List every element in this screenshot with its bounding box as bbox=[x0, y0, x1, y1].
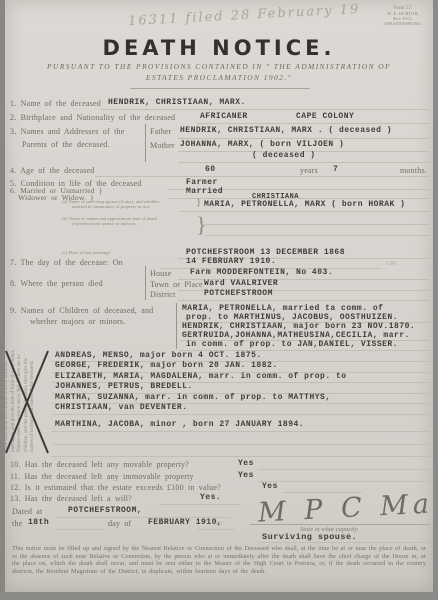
item8-town-value: Ward VAALRIVER bbox=[204, 279, 278, 288]
item4-age-months: 7 bbox=[333, 165, 338, 174]
footer-instructions: This notice must be filled up and signed… bbox=[12, 545, 426, 575]
item13-value: Yes. bbox=[200, 493, 221, 502]
item8-house-label: House bbox=[150, 269, 171, 278]
item1-value: HENDRIK, CHRISTIAAN, MARX. bbox=[108, 98, 246, 107]
item4-months-label: months. bbox=[400, 166, 427, 175]
child-line: MARIA, PETRONELLA, married ta comm. of bbox=[182, 304, 383, 313]
item9-label-line1: 9. Names of Children of deceased, and bbox=[10, 306, 153, 315]
subtitle-line-2: ESTATES PROCLAMATION 1902." bbox=[0, 73, 438, 82]
capacity-value: Surviving spouse. bbox=[262, 532, 357, 542]
item6a-value: MARIA, PETRONELLA, MARX ( born HORAK ) bbox=[204, 200, 405, 209]
item3-mother-value: JOHANNA, MARX, ( born VILJOEN ) bbox=[180, 140, 344, 149]
item6a-label-line2: married in community of property or not. bbox=[72, 204, 150, 209]
item7-label: 7. The day of the decease: On bbox=[10, 258, 123, 267]
the-label: the bbox=[12, 519, 22, 528]
item10-value: Yes bbox=[238, 459, 254, 468]
item12-value: Yes bbox=[262, 482, 278, 491]
printer-imprint: Form 37. W. E. HORTOR, Box 1013, JOHANNE… bbox=[376, 6, 430, 26]
item6c-label: (c) Place of last marriage bbox=[62, 250, 110, 255]
item3-mother-label: Mother bbox=[150, 141, 175, 150]
year-prefix: 190 bbox=[212, 520, 222, 527]
scan-edge-bottom bbox=[0, 592, 438, 600]
item3-mother-value2: ( deceased ) bbox=[252, 151, 316, 160]
item3-father-value: HENDRIK, CHRISTIAAN, MARX . ( deceased ) bbox=[180, 126, 392, 135]
child-line: JOHANNES, PETRUS, BREDELL. bbox=[55, 382, 193, 391]
item11-label: 11. Has the deceased left any immovable … bbox=[10, 472, 194, 481]
item4-age-years: 60 bbox=[205, 165, 216, 174]
item8-town-label: Town or Place bbox=[150, 280, 203, 289]
child-line: HENDRIK, CHRISTIAAN, major born 23 NOV.1… bbox=[182, 322, 415, 331]
child-line: CHRISTIAAN, van DEVENTER. bbox=[55, 403, 188, 412]
item2-value-birthplace: CAPE COLONY bbox=[296, 112, 354, 121]
item10-label: 10. Has the deceased left any movable pr… bbox=[10, 460, 189, 469]
child-line: prop. to MARTHINUS, JACOBUS, OOSTHUIZEN. bbox=[186, 313, 398, 322]
item3-label-line2: Parents of the deceased. bbox=[22, 140, 110, 149]
item9-label-line2: whether majors or minors. bbox=[30, 317, 125, 326]
subtitle-line-1: PURSUANT TO THE PROVISIONS CONTAINED IN … bbox=[0, 62, 438, 71]
item8-district-value: POTCHEFSTROOM bbox=[204, 289, 273, 298]
child-line: ELIZABETH, MARIA, MAGDALENA, marr. in co… bbox=[55, 372, 347, 381]
item12-label: 12. Is it estimated that the estate exce… bbox=[10, 483, 221, 492]
child-line: in comm. of prop. to JAN,DANIEL, VISSER. bbox=[186, 340, 398, 349]
scan-edge-right bbox=[433, 0, 438, 600]
child-line: GEORGE, FREDERIK, major born 20 JAN. 188… bbox=[55, 361, 278, 370]
item11-value: Yes bbox=[238, 471, 254, 480]
dated-at-value: POTCHEFSTROOM, bbox=[68, 506, 142, 515]
item4-years-label: years bbox=[300, 166, 318, 175]
item3-father-label: Father bbox=[150, 127, 172, 136]
child-line-last: MARTHINA, JACOBA, minor , born 27 JANUAR… bbox=[55, 420, 304, 429]
item7-year-prefix: 190 bbox=[386, 260, 396, 267]
item6c-value: POTCHEFSTROOM 13 DECEMBER 1868 bbox=[186, 248, 345, 257]
child-line: ANDREAS, MENSO, major born 4 OCT. 1875. bbox=[55, 351, 262, 360]
printer-city: JOHANNESBURG. bbox=[376, 21, 430, 26]
scan-edge-left bbox=[0, 0, 5, 600]
subtitle-divider bbox=[130, 88, 310, 89]
dated-at-label: Dated at bbox=[12, 507, 42, 516]
child-line: GERTRUIDA,JOHANNA,MATHEUSINA,CECILIA, ma… bbox=[182, 331, 410, 340]
item2-value-nationality: AFRICANER bbox=[200, 112, 248, 121]
item8-label: 8. Where the person died bbox=[10, 279, 103, 288]
item6-value: Married bbox=[186, 187, 223, 196]
item6a-brace: } bbox=[196, 196, 201, 208]
cross-out-x-mark bbox=[2, 347, 52, 457]
item4-label: 4. Age of the deceased bbox=[10, 166, 95, 175]
day-value: 18th bbox=[28, 518, 49, 527]
item5-value: Farmer bbox=[186, 178, 218, 187]
item8-district-label: District bbox=[150, 290, 176, 299]
item6b-label-line2: of predeceased spouse or spouses. bbox=[72, 221, 137, 226]
item2-label: 2. Birthplace and Nationality of the dec… bbox=[10, 113, 175, 122]
item1-label: 1. Name of the deceased bbox=[10, 99, 101, 108]
item3-label-line1: 3. Names and Addresses of the bbox=[10, 127, 124, 136]
child-line: MARTHA, SUZANNA, marr. in comm. of prop.… bbox=[55, 393, 331, 402]
page-title: DEATH NOTICE. bbox=[0, 36, 438, 60]
item7-value: 14 FEBRUARY 1910. bbox=[186, 257, 276, 266]
item13-label: 13. Has the deceased left a will? bbox=[10, 494, 132, 503]
day-of-label: day of bbox=[108, 519, 131, 528]
death-notice-page: 16311 filed 28 February 19 Form 37. W. E… bbox=[0, 0, 438, 600]
item8-house-value: Farm MODDERFONTEIN, No 403. bbox=[190, 268, 333, 277]
